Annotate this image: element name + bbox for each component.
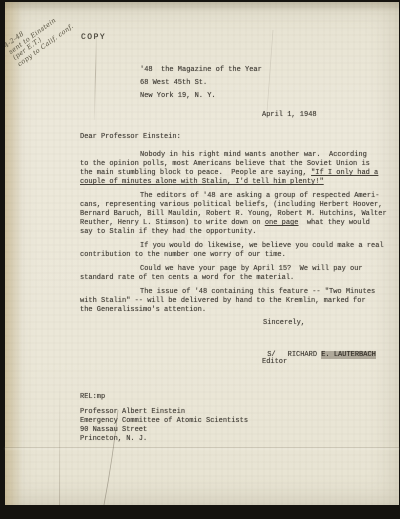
letter-body: Nobody in his right mind wants another w… — [80, 151, 400, 320]
copy-stamp: COPY — [81, 33, 106, 42]
letterhead: '48 the Magazine of the Year68 West 45th… — [140, 64, 262, 103]
body-line: The editors of '48 are asking a group of… — [80, 192, 400, 201]
letter-page: 4-2-48sent to Einstein(per E.T.)copy to … — [5, 2, 399, 505]
letterhead-line: '48 the Magazine of the Year — [140, 64, 262, 77]
paragraph: The issue of '48 containing this feature… — [80, 288, 400, 315]
typist-reference: REL:mp — [80, 393, 105, 401]
date-line: April 1, 1948 — [262, 111, 317, 119]
body-line: Reuther, Henry L. Stimson) to write down… — [80, 219, 400, 228]
paragraph: Nobody in his right mind wants another w… — [80, 151, 400, 187]
body-line: If you would do likewise, we believe you… — [80, 242, 400, 251]
closing-sincerely: Sincerely, — [263, 319, 305, 327]
paper-fold-line — [5, 447, 399, 448]
body-line: cans, representing various political bel… — [80, 201, 400, 210]
body-line: the main stumbling block to peace. Peopl… — [80, 169, 400, 178]
paragraph: If you would do likewise, we believe you… — [80, 242, 400, 260]
recipient-line: Emergency Committee of Atomic Scientists — [80, 417, 248, 426]
body-line: The issue of '48 containing this feature… — [80, 288, 400, 297]
paper-edge-tint-top — [5, 2, 399, 12]
signer-title: Editor — [262, 358, 287, 366]
letterhead-line: New York 19, N. Y. — [140, 90, 262, 103]
body-line: Bernard Baruch, Bill Mauldin, Robert R. … — [80, 210, 400, 219]
salutation: Dear Professor Einstein: — [80, 133, 181, 141]
body-line: couple of minutes alone with Stalin, I'd… — [80, 178, 400, 187]
body-line: the Generalissimo's attention. — [80, 306, 400, 315]
recipient-line: Princeton, N. J. — [80, 435, 248, 444]
body-line: say to Stalin if they had the opportunit… — [80, 228, 400, 237]
scanned-letter: 4-2-48sent to Einstein(per E.T.)copy to … — [0, 0, 400, 519]
signer-name: RICHARD E. LAUTERBACH — [288, 351, 376, 359]
paragraph: Could we have your page by April 15? We … — [80, 265, 400, 283]
body-line: contribution to the number one worry of … — [80, 251, 400, 260]
recipient-line: Professor Albert Einstein — [80, 408, 248, 417]
body-line: Nobody in his right mind wants another w… — [80, 151, 400, 160]
paper-crease — [59, 384, 60, 505]
recipient-line: 90 Nassau Street — [80, 426, 248, 435]
body-line: Could we have your page by April 15? We … — [80, 265, 400, 274]
signer-name-overtyped: E. LAUTERBACH — [321, 351, 376, 359]
paragraph: The editors of '48 are asking a group of… — [80, 192, 400, 237]
body-line: standard rate of ten cents a word for th… — [80, 274, 400, 283]
paper-edge-tint — [5, 2, 23, 505]
body-line: with Stalin" -- will be delivered by han… — [80, 297, 400, 306]
recipient-address-block: Professor Albert EinsteinEmergency Commi… — [80, 408, 248, 444]
body-line: to the opinion polls, most Americans bel… — [80, 160, 400, 169]
letterhead-line: 68 West 45th St. — [140, 77, 262, 90]
